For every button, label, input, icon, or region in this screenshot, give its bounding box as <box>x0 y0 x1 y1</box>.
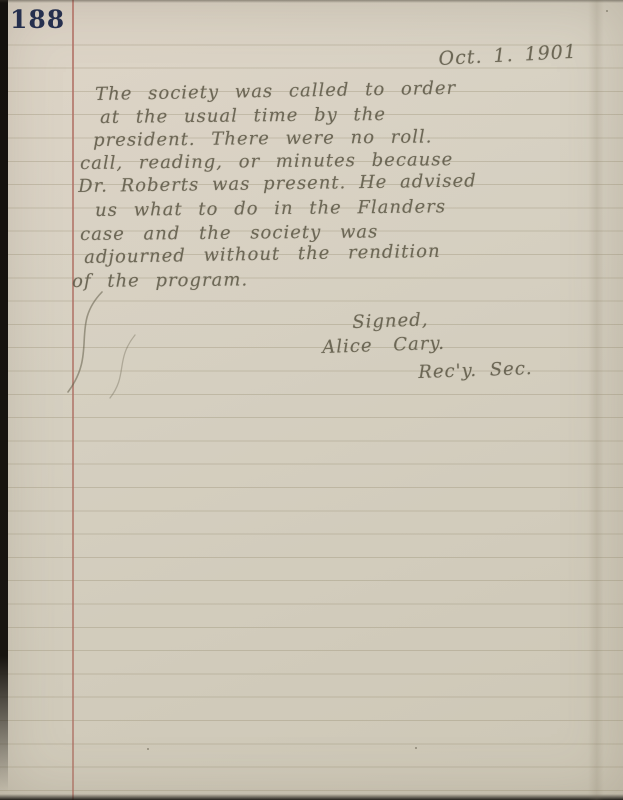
page-top-edge <box>0 0 623 3</box>
page-bottom-edge <box>0 794 623 800</box>
red-margin-line <box>72 0 74 800</box>
entry-line: at the usual time by the <box>100 104 386 128</box>
entry-line: us what to do in the Flanders <box>95 196 446 221</box>
signature-signed: Signed, <box>352 309 429 333</box>
paper-speck <box>606 10 608 12</box>
ledger-page: 188 Oct. 1. 1901 The society was called … <box>0 0 623 800</box>
entry-line: adjourned without the rendition <box>84 241 441 268</box>
entry-line: The society was called to order <box>95 78 456 105</box>
paper-speck <box>147 748 149 750</box>
page-number: 188 <box>10 5 65 34</box>
binding-edge <box>0 0 8 800</box>
entry-line: of the program. <box>72 269 248 292</box>
paper-speck <box>415 747 417 749</box>
pen-flourish <box>40 280 150 410</box>
signature-title: Rec'y. Sec. <box>418 358 533 383</box>
signature-name: Alice Cary. <box>322 333 445 358</box>
entry-line: case and the society was <box>80 221 378 245</box>
entry-date: Oct. 1. 1901 <box>438 41 577 70</box>
entry-line: call, reading, or minutes because <box>80 149 453 174</box>
entry-line: president. There were no roll. <box>93 126 433 151</box>
entry-line: Dr. Roberts was present. He advised <box>78 170 477 197</box>
page-crease <box>588 0 604 800</box>
